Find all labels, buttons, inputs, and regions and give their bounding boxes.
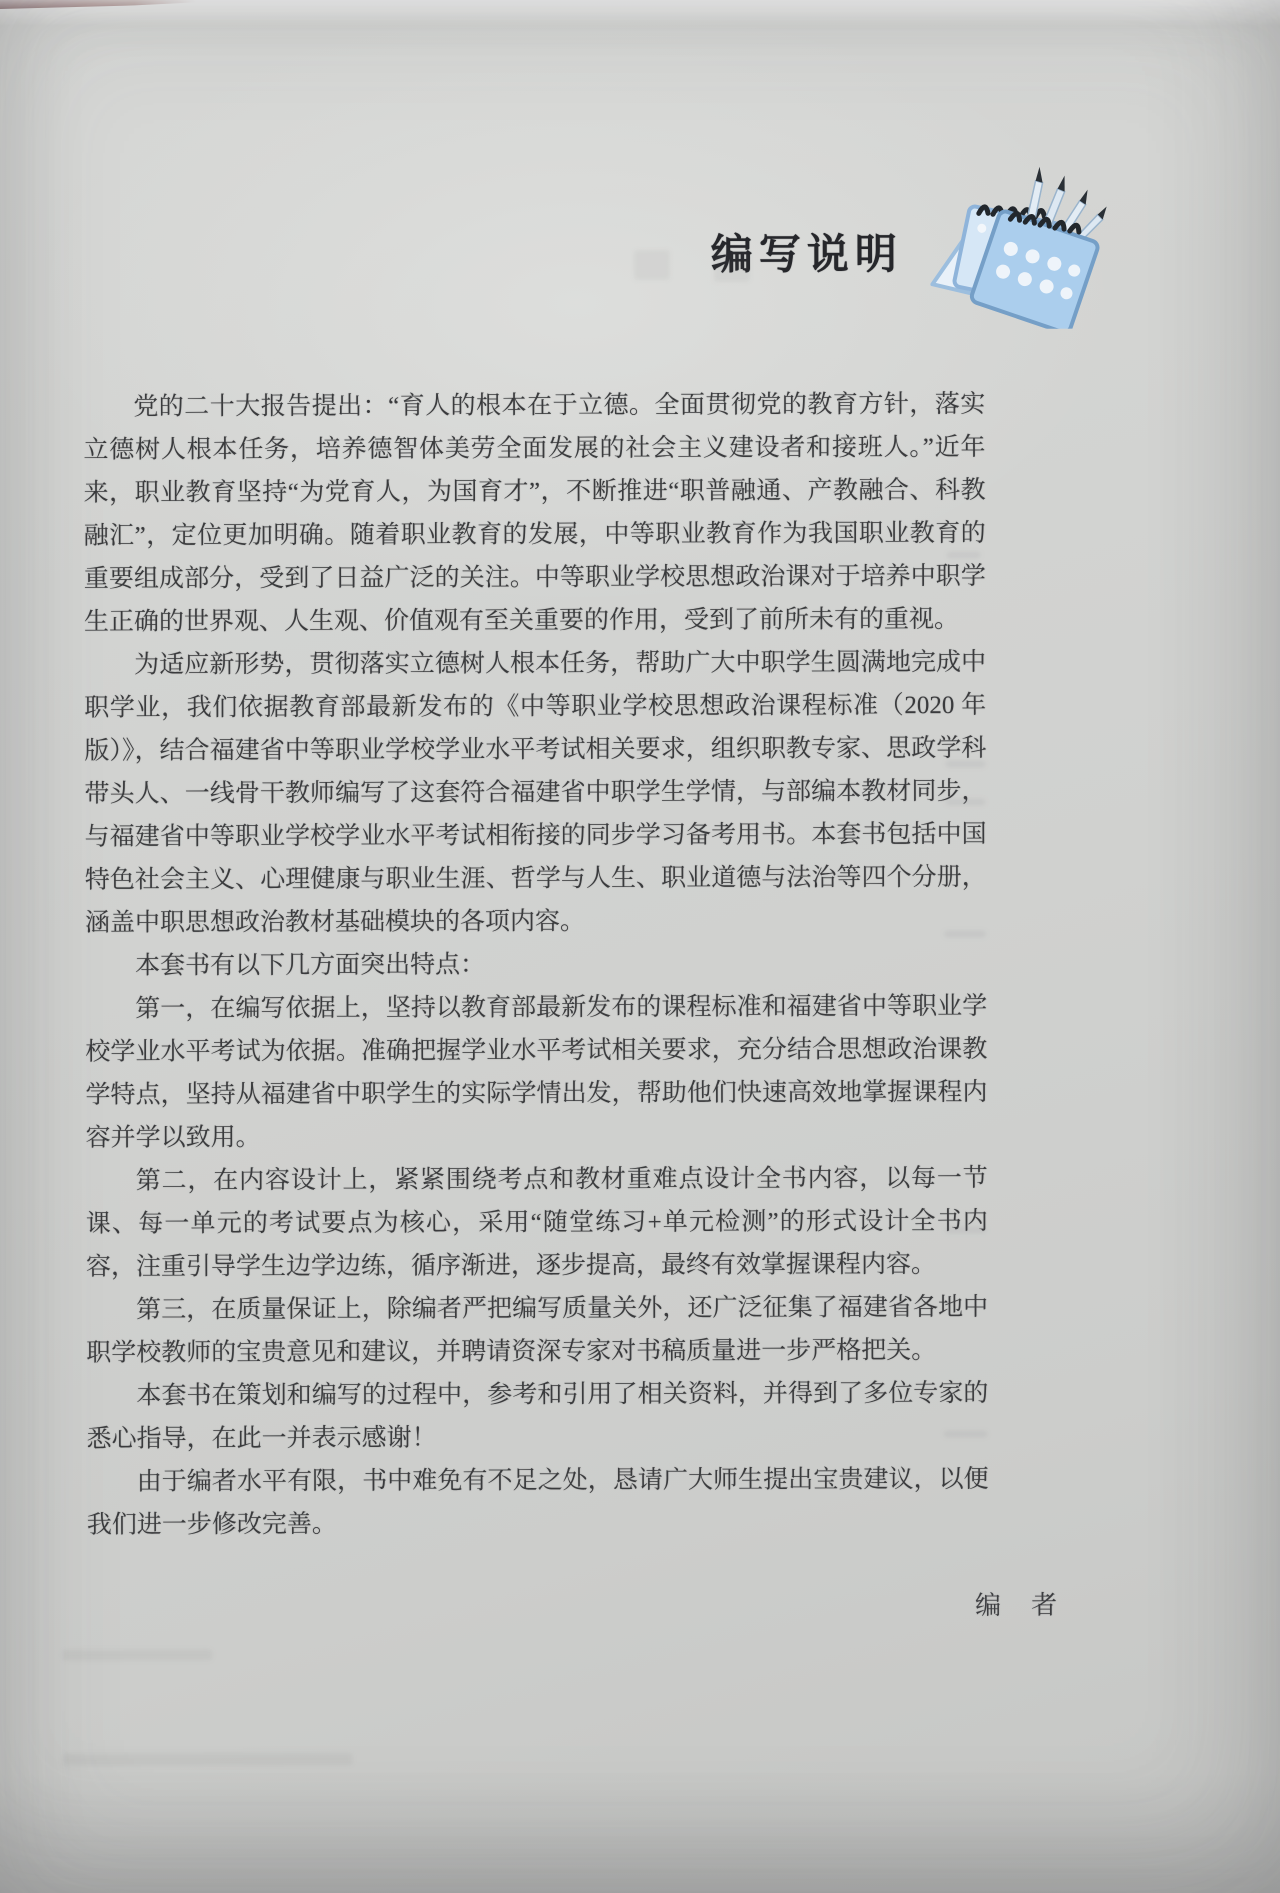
paragraph: 第三，在质量保证上，除编者严把编写质量关外，还广泛征集了福建省各地中职学校教师的… [86,1286,988,1375]
editor-signature: 编 者 [975,1585,1059,1622]
paragraph: 本套书有以下几方面突出特点： [85,942,987,988]
page-title: 编写说明 [711,233,903,276]
body-text: 党的二十大报告提出：“育人的根本在于立德。全面贯彻党的教育方针，落实立德树人根本… [83,383,989,1547]
paragraph: 本套书在策划和编写的过程中，参考和引用了相关资料，并得到了多位专家的悉心指导，在… [86,1372,988,1461]
bleed-through-ghost [63,1753,353,1766]
paragraph: 党的二十大报告提出：“育人的根本在于立德。全面贯彻党的教育方针，落实立德树人根本… [83,383,986,644]
bleed-through-ghost [634,250,670,280]
notepad-with-pencils-icon [926,157,1111,330]
paragraph: 由于编者水平有限，书中难免有不足之处，恳请广大师生提出宝贵建议，以便我们进一步修… [87,1458,989,1547]
page-content: 编写说明 [0,0,1280,1893]
bleed-through-ghost [62,1649,212,1660]
paragraph: 第二，在内容设计上，紧紧围绕考点和教材重难点设计全书内容，以每一节课、每一单元的… [86,1157,988,1289]
scanned-book-page: 编写说明 [0,0,1280,1893]
paragraph: 第一，在编写依据上，坚持以教育部最新发布的课程标准和福建省中等职业学校学业水平考… [85,985,988,1160]
paragraph: 为适应新形势，贯彻落实立德树人根本任务，帮助广大中职学生圆满地完成中职学业，我们… [84,641,987,945]
